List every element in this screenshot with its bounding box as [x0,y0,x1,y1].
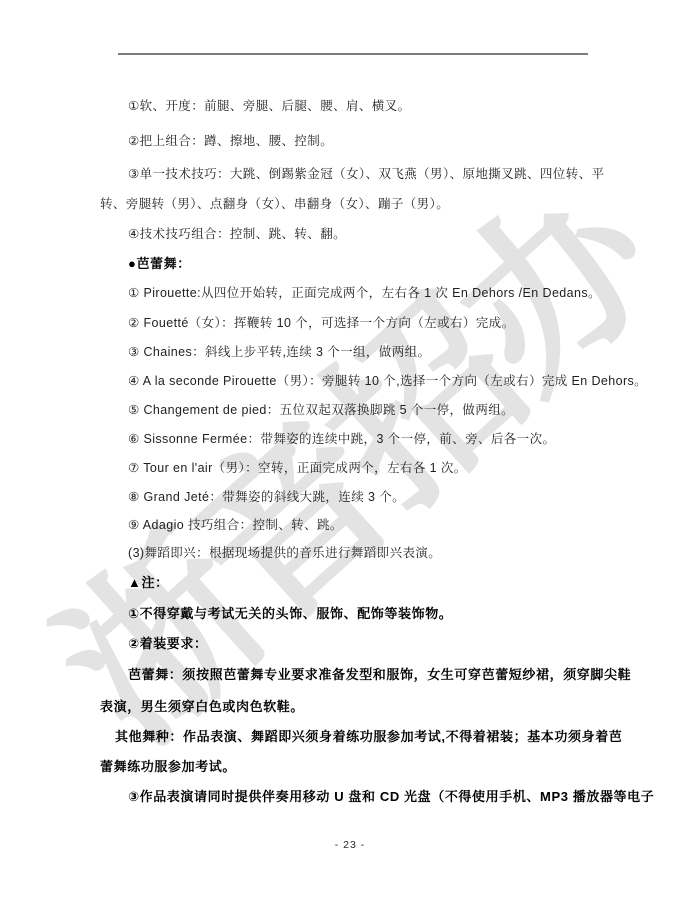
item-dance-improvisation: (3)舞蹈即兴：根据现场提供的音乐进行舞蹈即兴表演。 [100,545,640,562]
note-accompaniment-media: ③作品表演请同时提供伴奏用移动 U 盘和 CD 光盘（不得使用手机、MP3 播放… [100,788,640,805]
ballet-item-changement: ⑤ Changement de pied：五位双起双落换脚跳 5 个一停，做两组… [100,402,640,419]
document-page: 浙音招办 ①软、开度：前腿、旁腿、后腿、腰、肩、横叉。 ②把上组合：蹲、擦地、腰… [0,0,700,905]
heading-ballet: ●芭蕾舞： [100,255,640,272]
ballet-item-chaines: ③ Chaines：斜线上步平转,连续 3 个一组，做两组。 [100,344,640,361]
item-single-technique: ③单一技术技巧：大跳、倒踢紫金冠（女）、双飞燕（男）、原地撕叉跳、四位转、平 [100,166,640,183]
ballet-item-tour-en-lair: ⑦ Tour en l'air（男）：空转，正面完成两个，左右各 1 次。 [100,460,640,477]
header-rule [118,53,588,55]
item-barre-combination: ②把上组合：蹲、擦地、腰、控制。 [100,133,640,150]
ballet-item-a-la-seconde: ④ A la seconde Pirouette（男）：旁腿转 10 个,选择一… [100,373,640,390]
page-number: - 23 - [0,839,700,851]
ballet-item-fouette: ② Fouetté（女）：挥鞭转 10 个，可选择一个方向（左或右）完成。 [100,315,640,332]
ballet-item-adagio: ⑨ Adagio 技巧组合：控制、转、跳。 [100,517,640,534]
ballet-item-sissonne: ⑥ Sissonne Fermée：带舞姿的连续中跳，3 个一停，前、旁、后各一… [100,431,640,448]
note-ballet-dress-cont: 表演，男生须穿白色或肉色软鞋。 [100,698,612,715]
note-heading: ▲注： [100,574,640,591]
note-ballet-dress: 芭蕾舞：须按照芭蕾舞专业要求准备发型和服饰，女生可穿芭蕾短纱裙，须穿脚尖鞋 [100,666,640,683]
ballet-item-pirouette: ① Pirouette:从四位开始转，正面完成两个，左右各 1 次 En Deh… [100,285,640,302]
item-softness-openness: ①软、开度：前腿、旁腿、后腿、腰、肩、横叉。 [100,98,640,115]
item-single-technique-cont: 转、旁腿转（男）、点翻身（女）、串翻身（女）、蹦子（男）。 [100,196,612,213]
note-other-dance-cont: 蕾舞练功服参加考试。 [100,758,612,775]
item-technique-combination: ④技术技巧组合：控制、跳、转、翻。 [100,226,640,243]
note-no-accessories: ①不得穿戴与考试无关的头饰、服饰、配饰等装饰物。 [100,605,640,622]
ballet-item-grand-jete: ⑧ Grand Jeté：带舞姿的斜线大跳，连续 3 个。 [100,489,640,506]
note-dress-requirements: ②着装要求： [100,635,640,652]
note-other-dance-dress: 其他舞种：作品表演、舞蹈即兴须身着练功服参加考试,不得着裙装；基本功须身着芭 [100,728,627,745]
